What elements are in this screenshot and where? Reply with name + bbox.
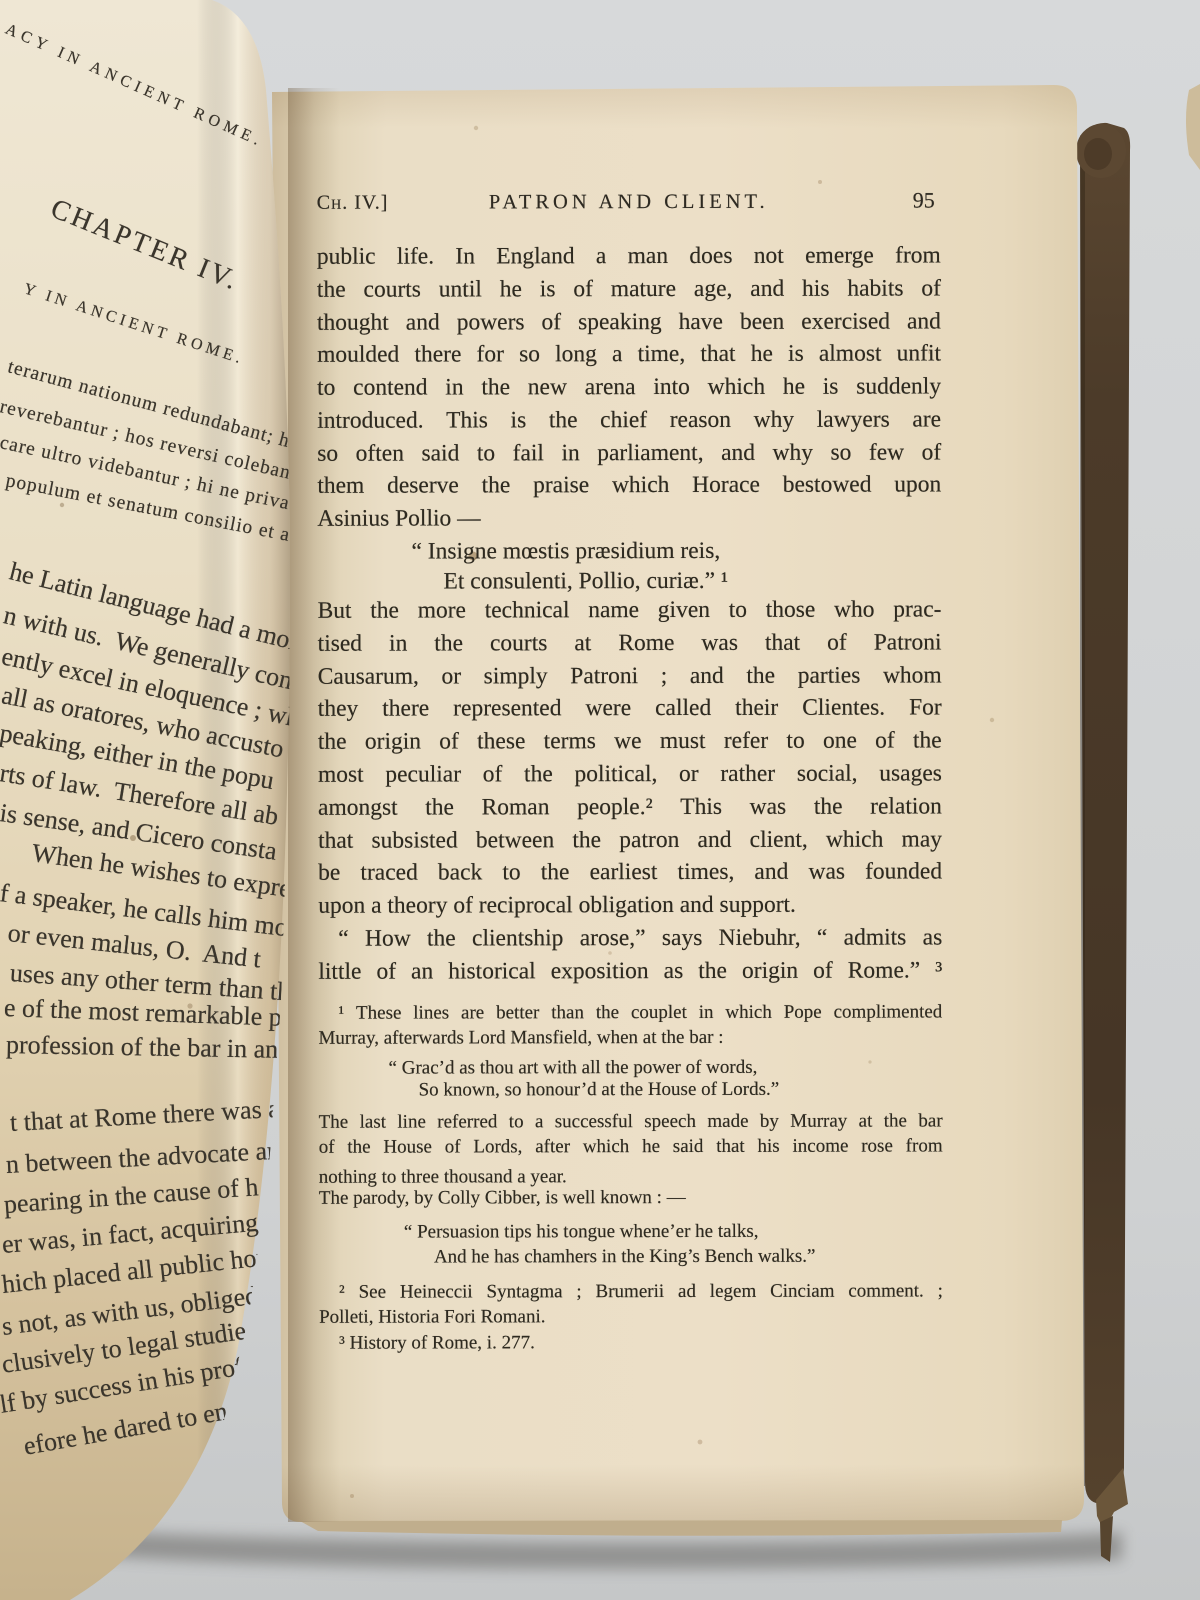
- footnote-line: oftheHouseofLords,afterwhichhesaidthathi…: [319, 1134, 943, 1159]
- text-line: mouldedthereforsolongatime,thatheisalmos…: [317, 339, 941, 370]
- footnote-line: ²SeeHeinecciiSyntagma;BrumeriiadlegemCin…: [319, 1279, 943, 1304]
- text-line: theythererepresentedwerecalledtheirClien…: [318, 693, 942, 724]
- footnote-line: The parody, by Colly Cibber, is well kno…: [319, 1185, 943, 1210]
- text-line: thatsubsistedbetweenthepatronandclient,w…: [318, 825, 942, 856]
- text-line: upon a theory of reciprocal obligation a…: [318, 890, 942, 921]
- text-line: thoughtandpowersofspeakinghavebeenexerci…: [317, 307, 941, 338]
- footnote-line: Thelastlinereferredtoasuccessfulspeechma…: [319, 1109, 943, 1134]
- text-line: Asinius Pollio —: [317, 503, 941, 534]
- text-line: betracedbacktotheearliesttimes,andwasfou…: [318, 857, 942, 888]
- left-page-line: t that at Rome there was a: [9, 1094, 280, 1138]
- right-page: Ch. IV.] PATRON AND CLIENT. 95 publiclif…: [270, 87, 1079, 1523]
- text-line: introduced.Thisisthechiefreasonwhylawyer…: [317, 405, 941, 436]
- text-line: sooftensaidtofailinparliament,andwhysofe…: [317, 438, 941, 469]
- footnote-line: And he has chamhers in the King’s Bench …: [319, 1244, 943, 1269]
- text-line: themdeservethepraisewhichHoracebestowedu…: [317, 470, 941, 501]
- footnote-line: Murray, afterwards Lord Mansfield, when …: [318, 1025, 942, 1050]
- text-line: Causarum,orsimplyPatroni;andthepartieswh…: [318, 661, 942, 692]
- page-header: Ch. IV.] PATRON AND CLIENT. 95: [317, 187, 941, 214]
- text-line: publiclife.InEnglandamandoesnotemergefro…: [317, 241, 941, 272]
- page-number: 95: [913, 187, 941, 213]
- text-line: tocontendinthenewarenaintowhichheissudde…: [317, 372, 941, 403]
- text-line: Et consulenti, Pollio, curiæ.” ¹: [318, 566, 942, 597]
- text-line: tisedinthecourtsatRomewasthatofPatroni: [318, 628, 942, 659]
- footnote-line: ¹Theselinesarebetterthanthecoupletinwhic…: [318, 1000, 942, 1025]
- body-text: publiclife.InEnglandamandoesnotemergefro…: [316, 87, 940, 88]
- text-line: thecourtsuntilheisofmatureage,andhishabi…: [317, 274, 941, 305]
- text-line: theoriginofthesetermswemustrefertooneoft…: [318, 726, 942, 757]
- book-photo: Ch. IV.] PATRON AND CLIENT. 95 publiclif…: [0, 0, 1200, 1600]
- running-title: PATRON AND CLIENT.: [489, 191, 769, 215]
- left-page-line: profession of the bar in ancie: [6, 1030, 309, 1065]
- footnote-line: “ Persuasion tips his tongue whene’er he…: [319, 1219, 943, 1244]
- right-page-text-column: Ch. IV.] PATRON AND CLIENT. 95 publiclif…: [316, 87, 943, 1522]
- text-line: amongsttheRomanpeople.²Thiswastherelatio…: [318, 792, 942, 823]
- text-line: mostpeculiarofthepolitical,orrathersocia…: [318, 759, 942, 790]
- left-page-line: ACY IN ANCIENT ROME.: [2, 21, 266, 152]
- chapter-label: Ch. IV.]: [317, 192, 389, 215]
- text-line: littleofanhistoricalexpositionastheorigi…: [318, 956, 942, 987]
- text-line: Butthemoretechnicalnamegiventothosewhopr…: [318, 595, 942, 626]
- left-page-line: Y IN ANCIENT ROME.: [21, 280, 246, 369]
- text-line: “ Insigne mœstis præsidium reis,: [317, 536, 941, 567]
- text-line: “Howtheclientshiparose,”saysNiebuhr,“adm…: [318, 923, 942, 954]
- footnote-line: ³ History of Rome, i. 277.: [319, 1330, 943, 1355]
- footnote-line: So known, so honour’d at the House of Lo…: [319, 1077, 943, 1102]
- footnote-line: Polleti, Historia Fori Romani.: [319, 1304, 943, 1329]
- left-page-line: CHAPTER IV.: [46, 193, 244, 298]
